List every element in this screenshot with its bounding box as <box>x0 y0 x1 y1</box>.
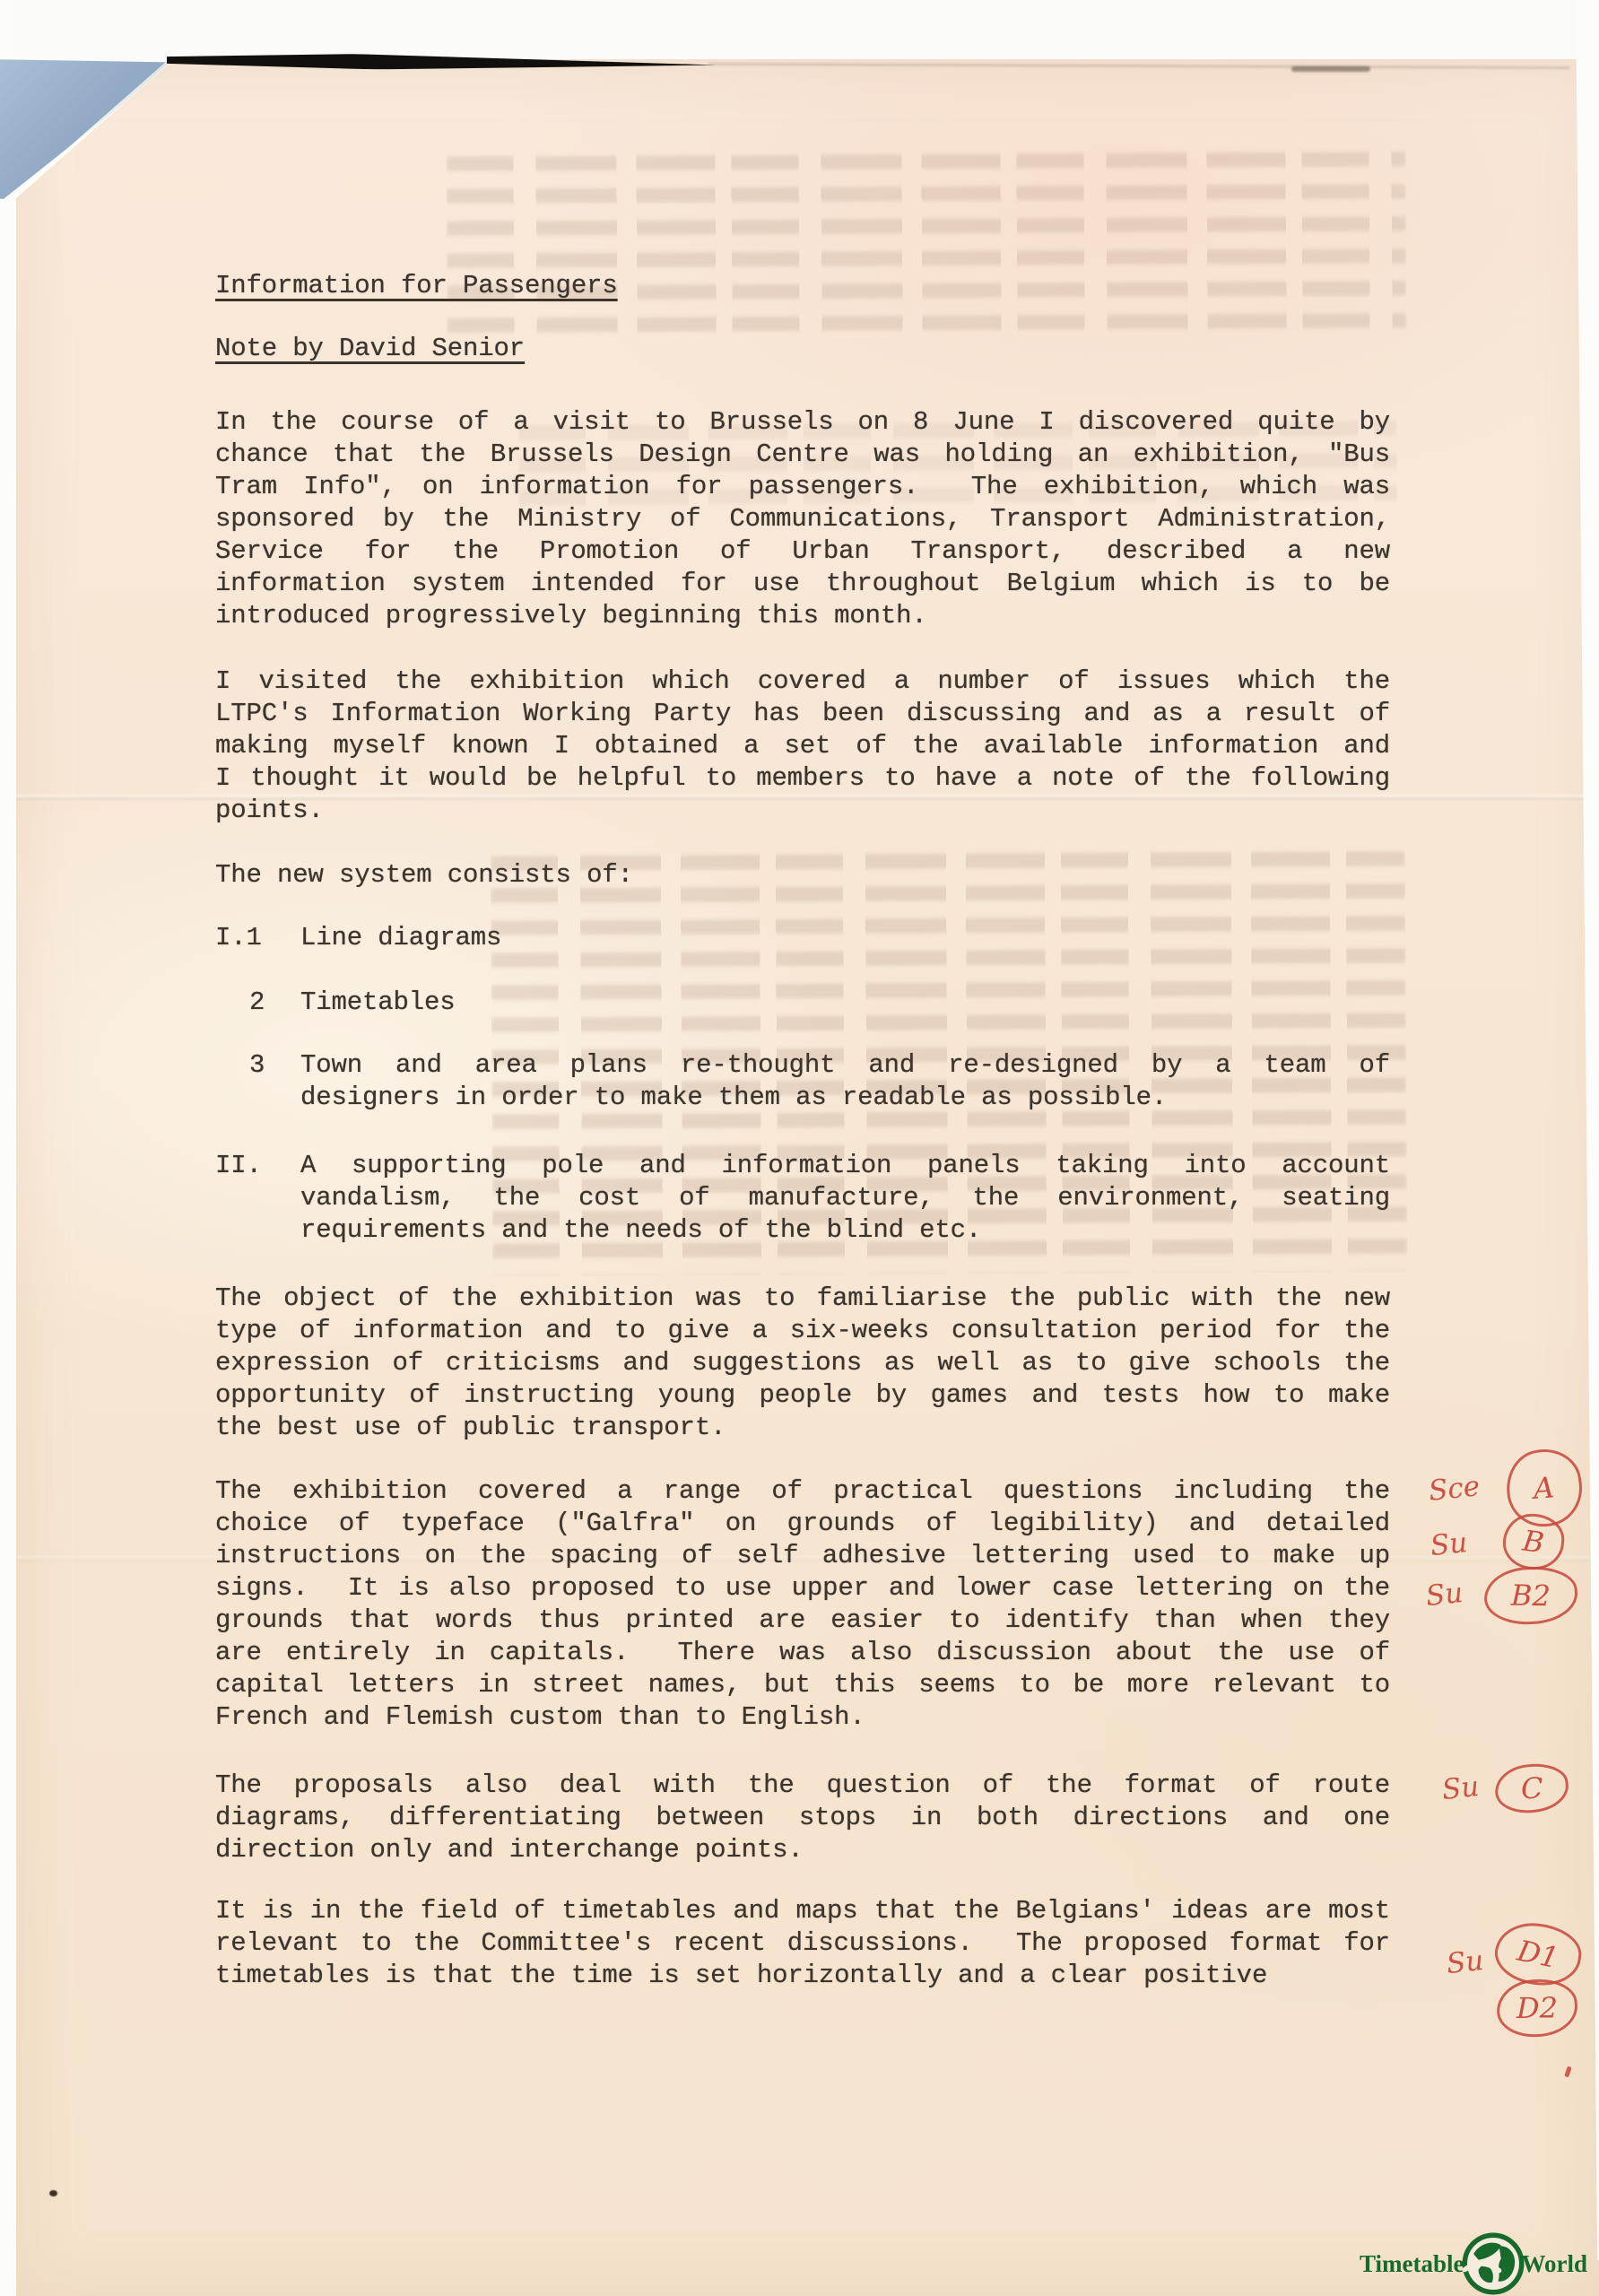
ink-speck <box>49 2190 57 2196</box>
document-line: direction only and interchange points. <box>215 1834 1390 1866</box>
document-line: information system intended for use thro… <box>215 568 1390 600</box>
document-line: diagrams, differentiating between stops … <box>215 1802 1390 1834</box>
logo-text-right: World <box>1522 2250 1588 2278</box>
document-line: introduced progressively beginning this … <box>215 600 1390 632</box>
document-line: type of information and to give a six-we… <box>215 1315 1390 1347</box>
document-block: The proposals also deal with the questio… <box>215 1770 1390 1866</box>
document-line: The new system consists of: <box>215 859 1390 891</box>
document-line: LTPC's Information Working Party has bee… <box>215 698 1390 730</box>
annotation-note: Su <box>1440 1770 1481 1806</box>
document-line: instructions on the spacing of self adhe… <box>215 1540 1390 1572</box>
document-line: are entirely in capitals. There was also… <box>215 1637 1390 1669</box>
annotation-label: B <box>1521 1524 1547 1561</box>
list-marker: I.1 <box>215 922 262 954</box>
document-block: II.A supporting pole and information pan… <box>215 1150 1390 1247</box>
document-line: chance that the Brussels Design Centre w… <box>215 439 1390 471</box>
document-block: It is in the field of timetables and map… <box>215 1895 1390 1992</box>
document-line: It is in the field of timetables and map… <box>215 1895 1390 1927</box>
annotation-label: D2 <box>1516 1991 1558 2025</box>
document-line: opportunity of instructing young people … <box>215 1379 1390 1412</box>
document-heading: Note by David Senior <box>215 334 1390 363</box>
document-line: Timetables <box>300 987 1390 1019</box>
document-text: Information for PassengersNote by David … <box>215 59 1390 2296</box>
logo-text-left: Timetable <box>1360 2250 1464 2278</box>
document-block: I visited the exhibition which covered a… <box>215 665 1390 827</box>
document-block: I.1Line diagrams <box>215 922 1390 954</box>
annotation-circle: C <box>1492 1761 1570 1816</box>
document-line: The object of the exhibition was to fami… <box>215 1283 1390 1315</box>
scan-margin-left <box>0 0 16 2296</box>
document-heading: Information for Passengers <box>215 271 1390 300</box>
document-block: 2Timetables <box>215 987 1390 1019</box>
document-line: I thought it would be helpful to members… <box>215 762 1390 795</box>
document-line: expression of criticisms and suggestions… <box>215 1347 1390 1379</box>
document-block: The object of the exhibition was to fami… <box>215 1283 1390 1444</box>
document-block: The new system consists of: <box>215 859 1390 891</box>
document-line: Town and area plans re-thought and re-de… <box>300 1049 1390 1082</box>
annotation-note: Su <box>1424 1577 1464 1613</box>
document-line: relevant to the Committee's recent discu… <box>215 1927 1390 1960</box>
document-line: Line diagrams <box>300 922 1390 954</box>
document-line: designers in order to make them as reada… <box>300 1082 1390 1114</box>
document-line: choice of typeface ("Galfra" on grounds … <box>215 1508 1390 1540</box>
document-line: The proposals also deal with the questio… <box>215 1770 1390 1802</box>
document-line: Tram Info", on information for passenger… <box>215 471 1390 503</box>
scanned-document-screenshot: Information for PassengersNote by David … <box>0 0 1599 2296</box>
document-line: the best use of public transport. <box>215 1412 1390 1444</box>
edge-smudge <box>1291 66 1370 72</box>
document-line: I visited the exhibition which covered a… <box>215 665 1390 698</box>
document-line: making myself known I obtained a set of … <box>215 730 1390 762</box>
annotation-label: C <box>1520 1771 1543 1806</box>
list-marker: 3 <box>249 1049 265 1082</box>
annotation-label: A <box>1533 1470 1556 1506</box>
annotation-note: Su <box>1429 1526 1469 1562</box>
document-line: points. <box>215 795 1390 827</box>
document-line: French and Flemish custom than to Englis… <box>215 1701 1390 1734</box>
annotation-label: D1 <box>1515 1934 1562 1976</box>
document-block: The exhibition covered a range of practi… <box>215 1475 1390 1734</box>
document-line: The exhibition covered a range of practi… <box>215 1475 1390 1508</box>
document-line: vandalism, the cost of manufacture, the … <box>300 1182 1390 1214</box>
list-marker: 2 <box>249 987 265 1019</box>
document-line: timetables is that the time is set horiz… <box>215 1960 1390 1992</box>
list-marker: II. <box>215 1150 262 1182</box>
document-line: sponsored by the Ministry of Communicati… <box>215 503 1390 535</box>
document-line: A supporting pole and information panels… <box>300 1150 1390 1182</box>
document-block: 3Town and area plans re-thought and re-d… <box>215 1049 1390 1114</box>
document-line: Service for the Promotion of Urban Trans… <box>215 535 1390 568</box>
document-line: grounds that words thus printed are easi… <box>215 1605 1390 1637</box>
annotation-note: Su <box>1445 1944 1485 1980</box>
annotation-circle: B2 <box>1482 1564 1578 1626</box>
red-pen-tick <box>1564 2066 1571 2078</box>
document-line: signs. It is also proposed to use upper … <box>215 1572 1390 1605</box>
document-line: requirements and the needs of the blind … <box>300 1214 1390 1247</box>
watermark-logo: Timetable World <box>1360 2231 1587 2296</box>
annotation-label: B2 <box>1511 1578 1551 1613</box>
document-block: In the course of a visit to Brussels on … <box>215 406 1390 632</box>
paper-sheet: Information for PassengersNote by David … <box>16 59 1599 2296</box>
annotation-note: Sce <box>1427 1470 1481 1508</box>
document-line: In the course of a visit to Brussels on … <box>215 406 1390 439</box>
document-line: capital letters in street names, but thi… <box>215 1669 1390 1701</box>
globe-icon <box>1462 2232 1525 2295</box>
annotation-circle: D2 <box>1495 1977 1579 2039</box>
